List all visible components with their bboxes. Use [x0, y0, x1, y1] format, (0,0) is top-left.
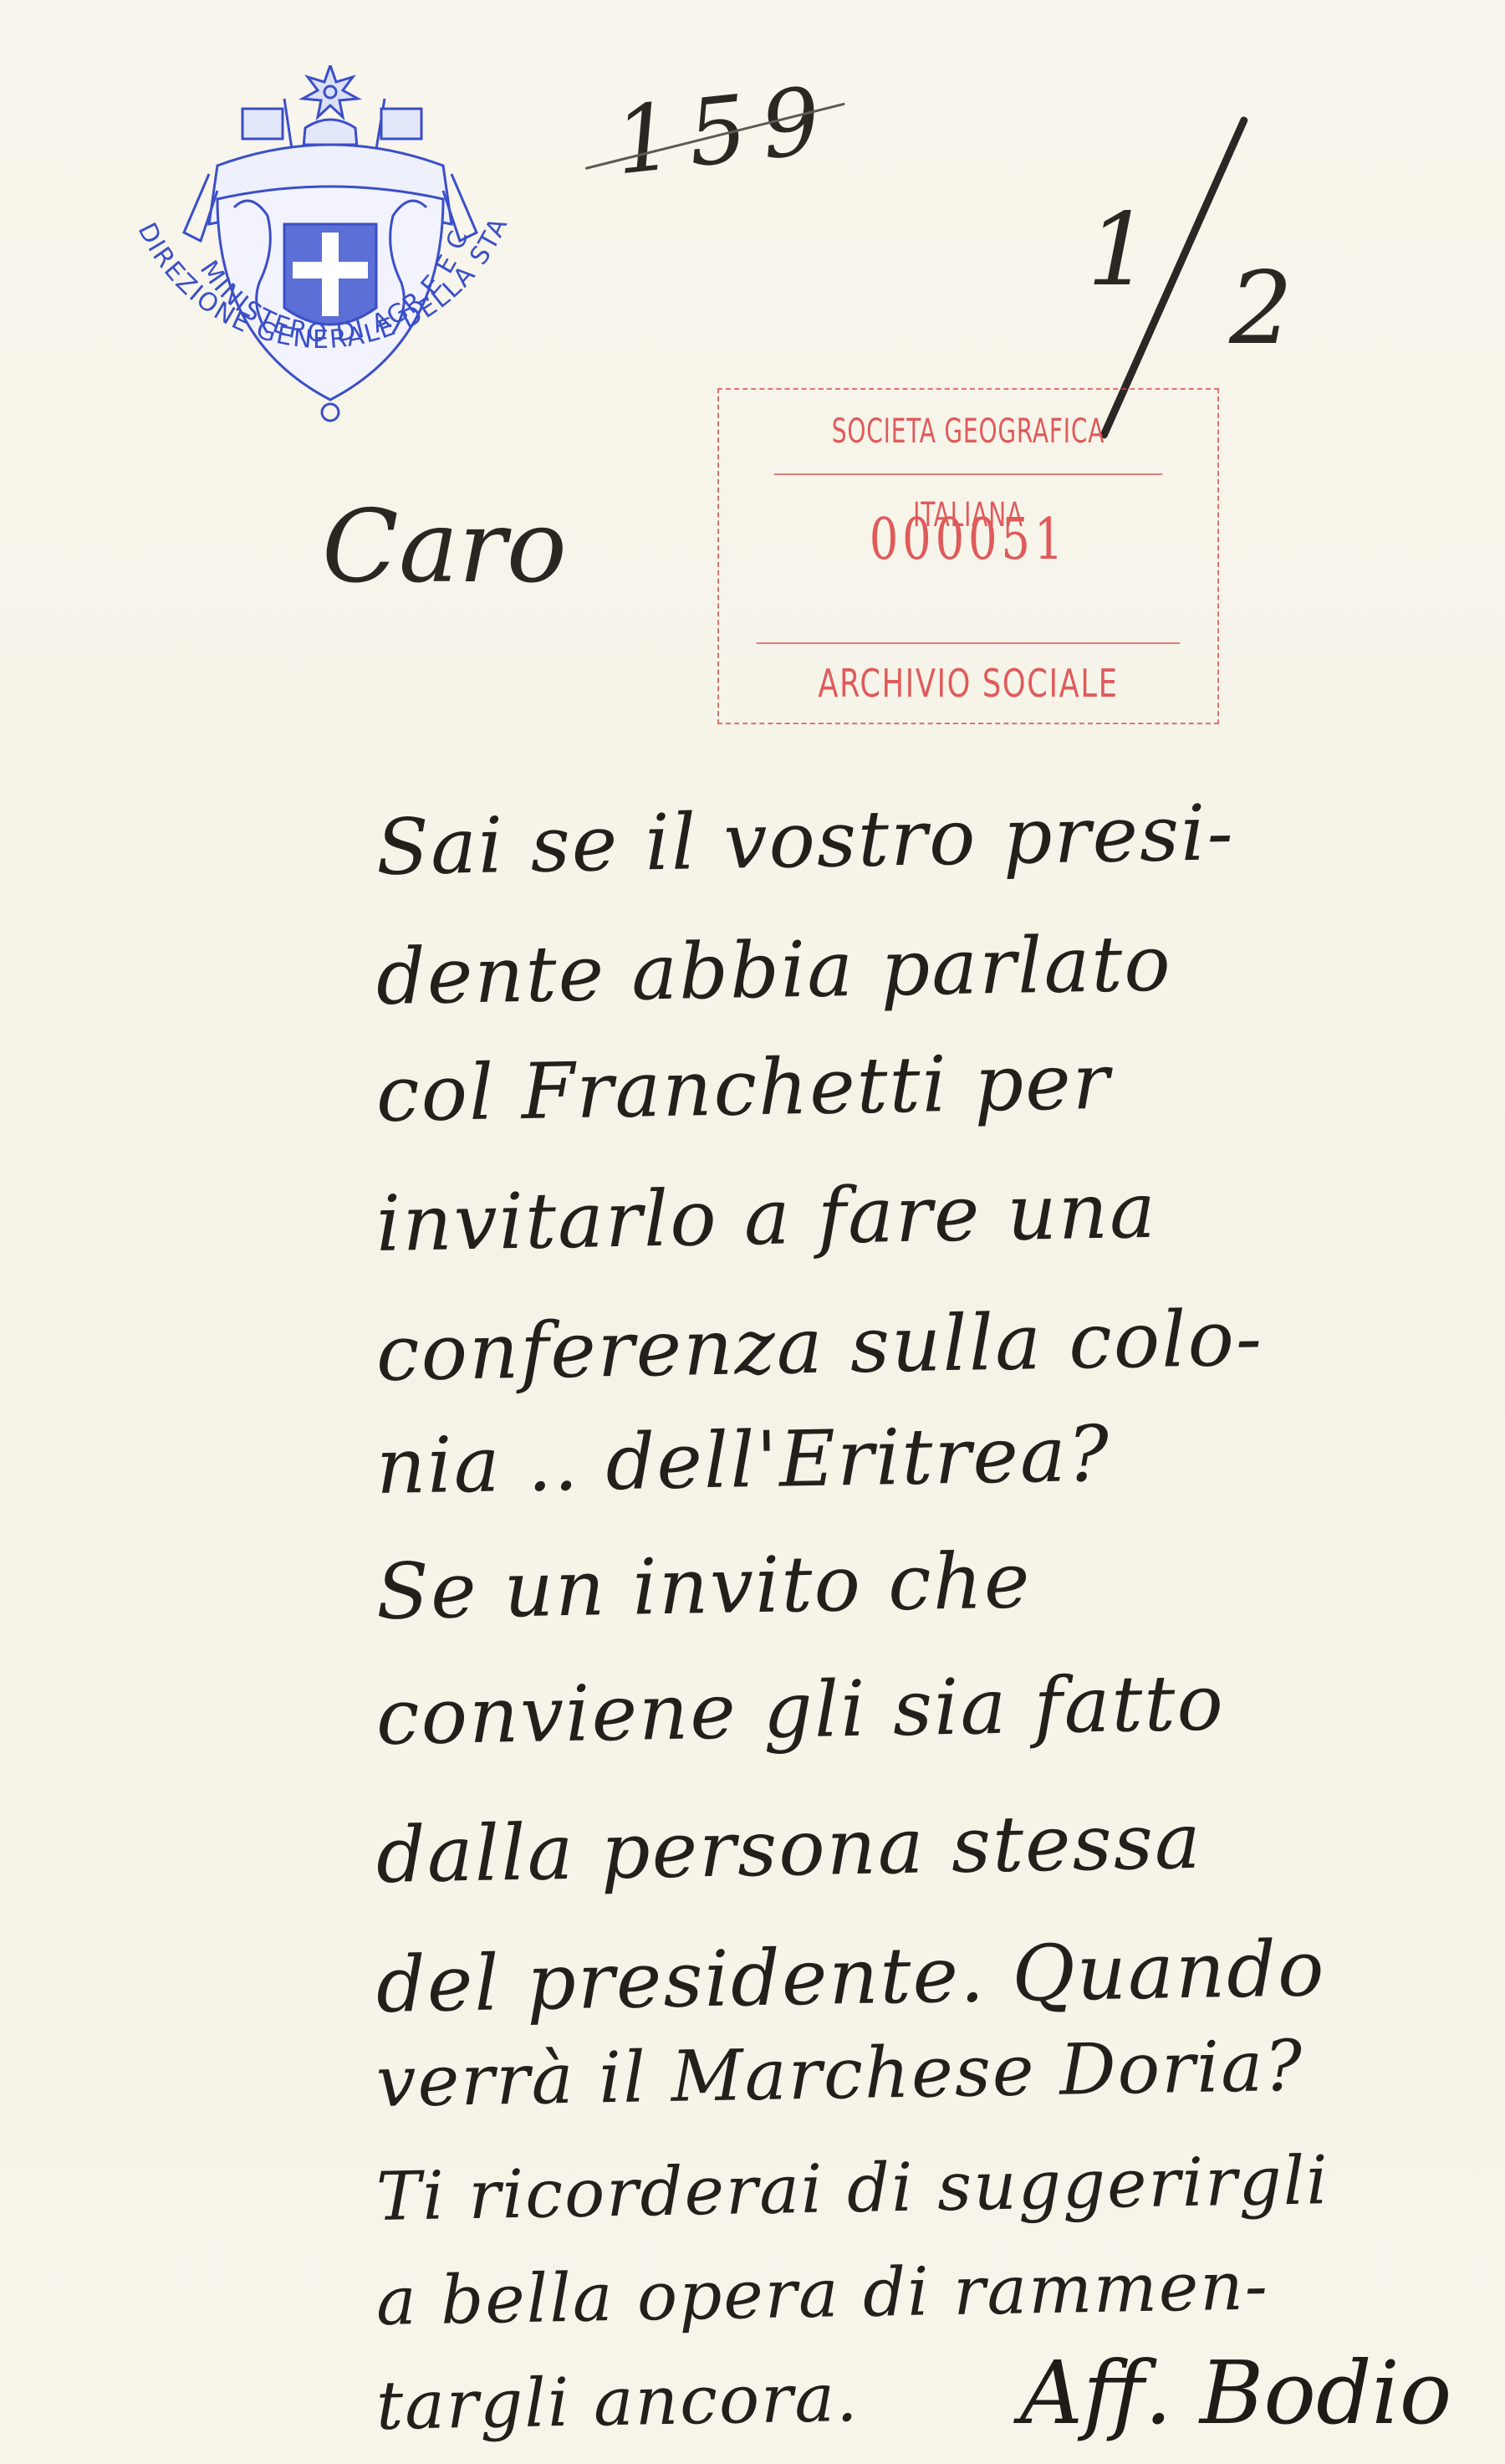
letter-body: Caro Sai se il vostro presi- dente abbia…: [0, 0, 1505, 2464]
letter-line: targli ancora.: [375, 2359, 860, 2445]
letter-line: Ti ricorderai di suggerirgli: [375, 2141, 1329, 2236]
letter-line: del presidente. Quando: [375, 1924, 1326, 2030]
letter-line: conferenza sulla colo-: [375, 1293, 1264, 1398]
letter-line: conviene gli sia fatto: [375, 1658, 1226, 1762]
letter-line: a bella opera di rammen-: [375, 2247, 1269, 2340]
letter-line: dente abbia parlato: [375, 918, 1172, 1022]
salutation: Caro: [322, 489, 567, 606]
signature: Aff. Bodio: [1020, 2342, 1451, 2444]
letter-line: Sai se il vostro presi-: [375, 788, 1235, 892]
letter-line: dalla persona stessa: [375, 1797, 1203, 1900]
letter-line: verrà il Marchese Doria?: [375, 2025, 1304, 2123]
letter-line: Se un invito che: [375, 1536, 1032, 1637]
letter-line: nia .. dell'Eritrea?: [375, 1409, 1111, 1511]
letter-line: col Franchetti per: [375, 1037, 1111, 1139]
letter-line: invitarlo a fare una: [375, 1166, 1158, 1269]
